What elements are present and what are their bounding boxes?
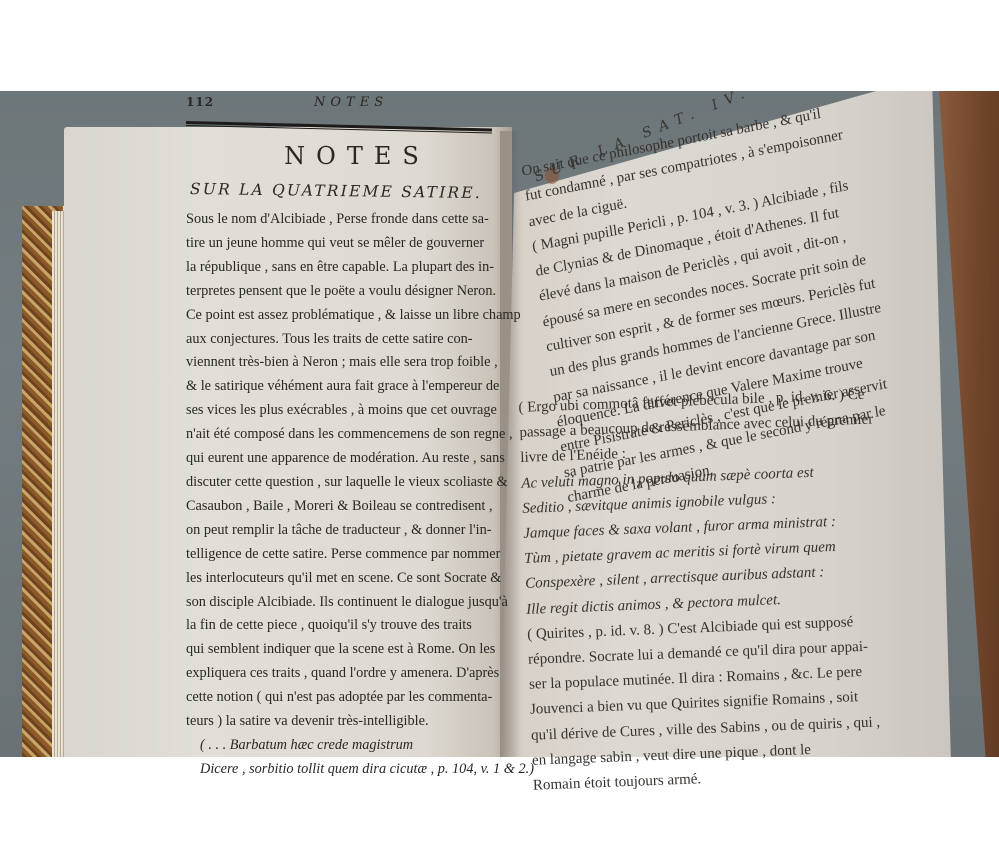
text-line: n'ait été composé dans les commencemens … — [186, 423, 508, 447]
text-line: telligence de cette satire. Perse commen… — [186, 543, 508, 567]
text-line: on peut remplir la tâche de traducteur ,… — [186, 519, 508, 543]
right-lower-text: ( Ergo ubi commotâ fervet plebecula bile… — [518, 381, 913, 799]
text-line: qui eurent une apparence de modération. … — [186, 447, 508, 471]
text-line: Ce point est assez problématique , & lai… — [186, 304, 508, 328]
text-line: qui semblent indiquer que la scene est à… — [186, 638, 508, 662]
section-subtitle: SUR LA QUATRIEME SATIRE. — [190, 180, 508, 202]
latin-quote-line: ( . . . Barbatum hæc crede magistrum — [186, 734, 508, 758]
header-rule — [186, 121, 492, 133]
text-line: cette notion ( qui n'est pas adoptée par… — [186, 686, 508, 710]
text-line: les interlocuteurs qu'il met en scene. C… — [186, 567, 508, 591]
running-head: 112 NOTES — [186, 95, 508, 115]
text-line: la république , sans en être capable. La… — [186, 256, 508, 280]
text-line: teurs ) la satire va devenir très-intell… — [186, 710, 508, 734]
section-title: NOTES — [186, 142, 508, 170]
left-page-text: 112 NOTES NOTES SUR LA QUATRIEME SATIRE.… — [186, 95, 508, 782]
text-line: son disciple Alcibiade. Ils continuent l… — [186, 591, 508, 615]
running-title: NOTES — [314, 95, 388, 110]
text-line: discuter cette question , sur laquelle l… — [186, 471, 508, 495]
text-line: aux conjectures. Tous les traits de cett… — [186, 328, 508, 352]
text-line: Sous le nom d'Alcibiade , Perse fronde d… — [186, 208, 508, 232]
left-body-text: Sous le nom d'Alcibiade , Perse fronde d… — [186, 208, 508, 782]
text-line: tire un jeune homme qui veut se mêler de… — [186, 232, 508, 256]
text-line: ses vices les plus exécrables , à moins … — [186, 399, 508, 423]
latin-quote-line: Dicere , sorbitio tollit quem dira cicut… — [186, 758, 508, 782]
page-number: 112 — [186, 95, 214, 109]
text-line: viennent très-bien à Neron ; mais elle s… — [186, 351, 508, 375]
text-line: & le satirique véhément aura fait grace … — [186, 375, 508, 399]
text-line: Casaubon , Baile , Moreri & Boileau se c… — [186, 495, 508, 519]
text-line: expliquera ces traits , quand l'ordre y … — [186, 662, 508, 686]
text-line: terpretes pensent que le poëte a voulu d… — [186, 280, 508, 304]
text-line: la fin de cette piece , quoiqu'il s'y tr… — [186, 614, 508, 638]
